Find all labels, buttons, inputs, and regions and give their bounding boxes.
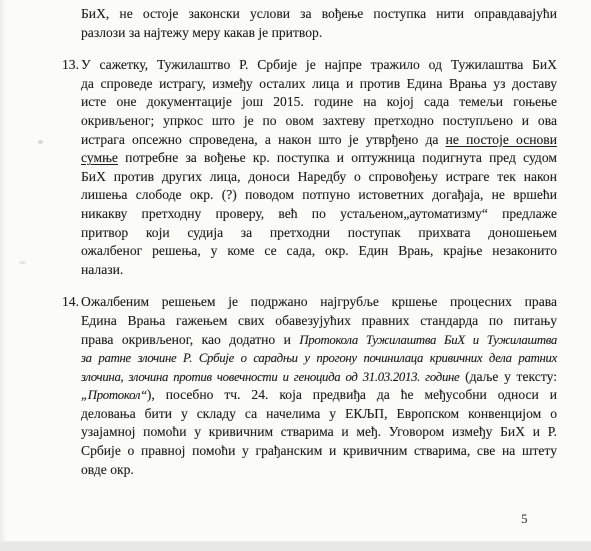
text-run: истрага опсежно спроведена, а након што …	[81, 132, 446, 147]
underlined-text: сумње	[81, 150, 118, 165]
text-run: овде окр.	[81, 462, 134, 477]
text-run: Србије о правној помоћи у грађанским и к…	[81, 443, 557, 458]
text-line: исте оне документације још 2015. године …	[81, 93, 557, 112]
text-run: деловања бити у складу са начелима у ЕКЉ…	[81, 406, 557, 421]
text-run: налази.	[81, 262, 123, 277]
text-line: сумње потребне за вођење кр. поступка и …	[81, 149, 557, 168]
scan-edge-bottom	[0, 541, 591, 551]
scan-edge-left	[0, 0, 6, 551]
document-body: БиХ, не остоје законски услови за вођење…	[81, 5, 557, 479]
page-number: 5	[521, 511, 528, 527]
text-line: за ратне злочине Р. Србије о сарадњи у п…	[81, 349, 557, 368]
text-line: овде окр.	[81, 461, 557, 480]
text-run: исте оне документације још 2015. године …	[81, 94, 557, 109]
text-line: У сажетку, Тужилаштво Р. Србије је најпр…	[81, 56, 557, 75]
text-run: ), посебно тч. 24. која предвиђа да ће м…	[147, 387, 557, 402]
text-line: Ожалбеним решењем је подржано најгрубље …	[81, 293, 557, 312]
paragraph-number: 14.	[62, 293, 79, 312]
paragraph: БиХ, не остоје законски услови за вођење…	[81, 5, 557, 42]
text-run: БиХ против других лица, доноси Наредбу о…	[81, 169, 557, 184]
text-line: налази.	[81, 261, 557, 280]
text-line: злочина, злочина против човечности и ген…	[81, 368, 557, 387]
text-run: никакву претходну проверу, већ по устаље…	[81, 206, 557, 221]
scan-speck	[38, 140, 43, 144]
text-line: разлози за најтежу меру какав је притвор…	[81, 24, 557, 43]
underlined-text: не постоје основи	[446, 132, 557, 147]
text-line: никакву претходну проверу, већ по устаље…	[81, 205, 557, 224]
italic-text: за ратне злочине Р. Србије о сарадњи у п…	[81, 351, 557, 365]
document-page: БиХ, не остоје законски услови за вођење…	[0, 0, 591, 551]
text-run: (даље у тексту:	[459, 369, 557, 384]
text-run: да спроведе истрагу, између осталих лица…	[81, 76, 557, 91]
text-line: узајамној помоћи у кривичним стварима и …	[81, 423, 557, 442]
text-line: окривљеног; упркос што је по овом захтев…	[81, 112, 557, 131]
text-line: лишења слободе окр. (?) поводом потпуно …	[81, 186, 557, 205]
numbered-paragraph: 13.У сажетку, Тужилаштво Р. Србије је на…	[81, 56, 557, 279]
text-run: Ожалбеним решењем је подржано најгрубље …	[81, 294, 557, 309]
text-line: истрага опсежно спроведена, а након што …	[81, 131, 557, 150]
scan-speck	[19, 261, 26, 264]
text-line: права окривљеног, као додатно и Протокол…	[81, 331, 557, 350]
text-line: Едина Врања гажењем свих обавезујућих пр…	[81, 312, 557, 331]
text-run: узајамној помоћи у кривичним стварима и …	[81, 424, 557, 439]
text-run: лишења слободе окр. (?) поводом потпуно …	[81, 187, 557, 202]
text-run: окривљеног; упркос што је по овом захтев…	[81, 113, 557, 128]
paragraph-number: 13.	[62, 56, 79, 75]
text-run: БиХ, не остоје законски услови за вођење…	[81, 6, 557, 21]
italic-text: Протокола Тужилаштва БиХ и Тужилаштва	[299, 333, 557, 347]
text-line: БиХ против других лица, доноси Наредбу о…	[81, 168, 557, 187]
text-run: притвор који судија за претходни поступа…	[81, 225, 557, 240]
text-run: У сажетку, Тужилаштво Р. Србије је најпр…	[81, 57, 557, 72]
text-run: права окривљеног, као додатно и	[81, 332, 299, 347]
italic-text: злочина, злочина против човечности и ген…	[81, 370, 459, 384]
numbered-paragraph: 14.Ожалбеним решењем је подржано најгруб…	[81, 293, 557, 479]
text-line: притвор који судија за претходни поступа…	[81, 224, 557, 243]
text-run: ожалбеног решења, у коме се сада, окр. Е…	[81, 243, 557, 258]
text-line: деловања бити у складу са начелима у ЕКЉ…	[81, 405, 557, 424]
text-line: БиХ, не остоје законски услови за вођење…	[81, 5, 557, 24]
text-line: ожалбеног решења, у коме се сада, окр. Е…	[81, 242, 557, 261]
text-run: потребне за вођење кр. поступка и оптужн…	[118, 150, 557, 165]
text-run: разлози за најтежу меру какав је притвор…	[81, 25, 322, 40]
text-line: да спроведе истрагу, између осталих лица…	[81, 75, 557, 94]
text-line: „Протокол“), посебно тч. 24. која предви…	[81, 386, 557, 405]
text-run: Едина Врања гажењем свих обавезујућих пр…	[81, 313, 557, 328]
italic-text: „Протокол“	[81, 388, 147, 402]
text-line: Србије о правној помоћи у грађанским и к…	[81, 442, 557, 461]
